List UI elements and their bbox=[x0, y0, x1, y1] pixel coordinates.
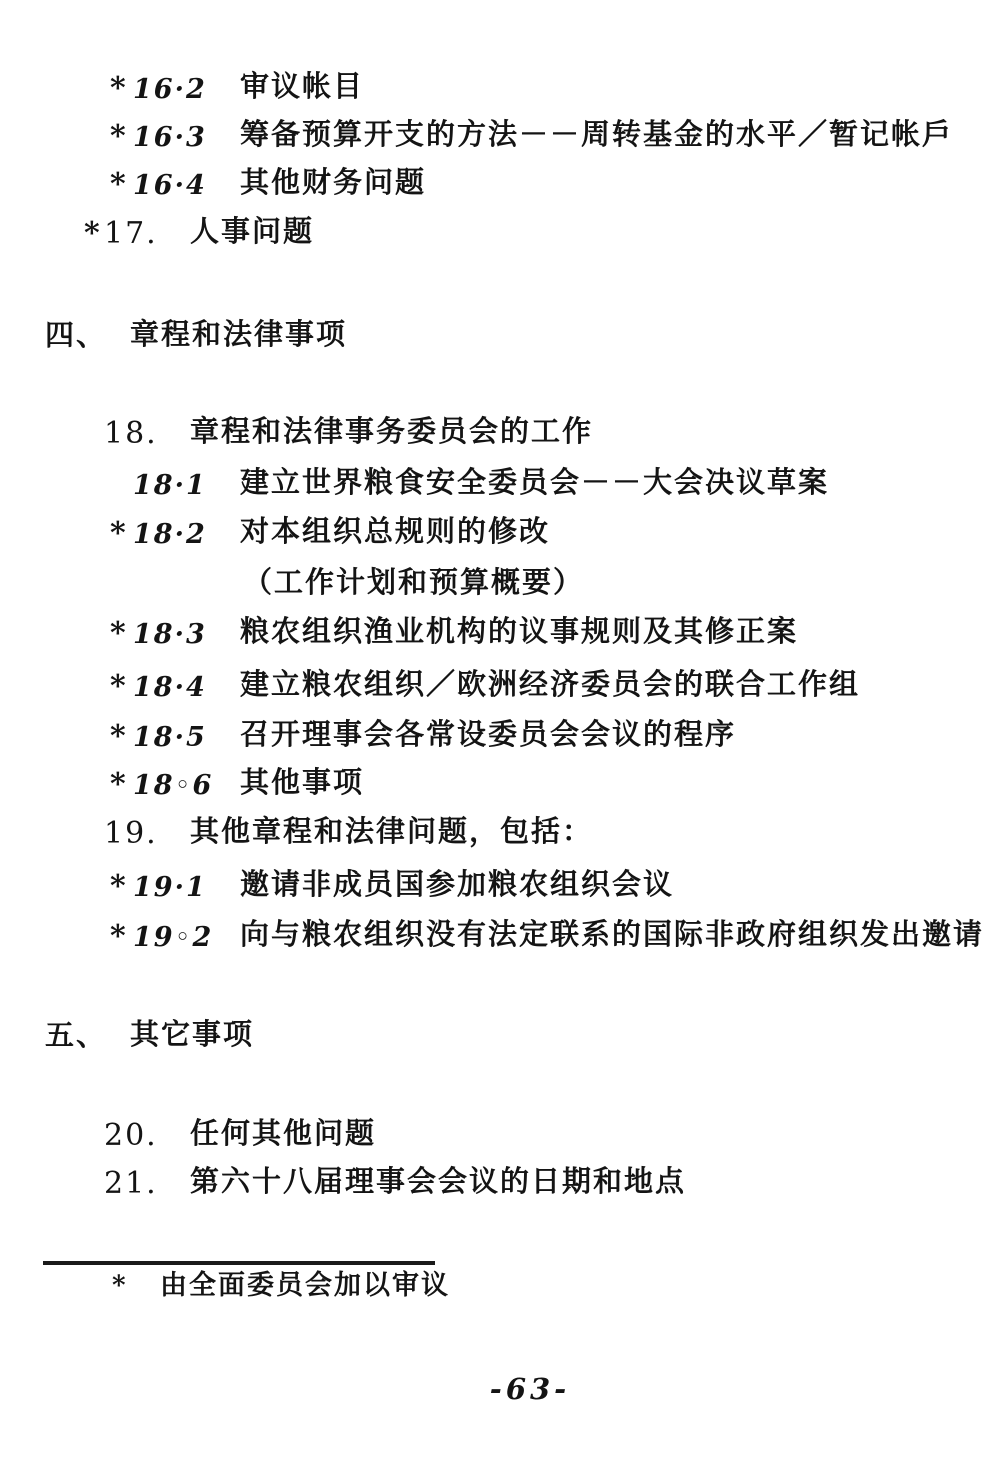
agenda-item-text: 向与粮农组织没有法定联系的国际非政府组织发出邀请 bbox=[240, 920, 984, 952]
agenda-item-text: 邀请非成员国参加粮农组织会议 bbox=[240, 870, 674, 902]
section-heading-4: 四、 章程和法律事项 bbox=[0, 320, 1000, 360]
agenda-item-20: 20. 任何其他问题 bbox=[0, 1119, 1000, 1159]
section-number: 四、 bbox=[45, 320, 107, 352]
agenda-item-number: 16·4 bbox=[133, 171, 207, 201]
agenda-item-18-1: 18·1 建立世界粮食安全委员会－－大会决议草案 bbox=[0, 468, 1000, 508]
agenda-item-number: 19. bbox=[104, 817, 158, 850]
section-title: 章程和法律事项 bbox=[130, 320, 347, 352]
agenda-item-number: 16·2 bbox=[133, 75, 207, 105]
agenda-item-18-2: * 18·2 对本组织总规则的修改 bbox=[0, 517, 1000, 557]
agenda-item-19-2: * 19◦2 向与粮农组织没有法定联系的国际非政府组织发出邀请 bbox=[0, 920, 1000, 960]
agenda-item-18-5: * 18·5 召开理事会各常设委员会会议的程序 bbox=[0, 720, 1000, 760]
agenda-item-text: 其他事项 bbox=[240, 768, 364, 800]
agenda-item-text: 审议帐目 bbox=[240, 72, 364, 104]
asterisk-marker: * bbox=[110, 922, 126, 952]
agenda-item-16-4: * 16·4 其他财务问题 bbox=[0, 168, 1000, 208]
agenda-item-text: 人事问题 bbox=[190, 217, 314, 249]
agenda-item-text: 任何其他问题 bbox=[190, 1119, 376, 1151]
agenda-item-number: 18·5 bbox=[133, 723, 207, 753]
agenda-item-number: 19◦2 bbox=[133, 923, 213, 953]
agenda-item-16-2: * 16·2 审议帐目 bbox=[0, 72, 1000, 112]
agenda-item-18-4: * 18·4 建立粮农组织／欧洲经济委员会的联合工作组 bbox=[0, 670, 1000, 710]
agenda-item-number: 21. bbox=[104, 1167, 158, 1200]
footnote-text: 由全面委员会加以审议 bbox=[160, 1271, 450, 1301]
document-page: * 16·2 审议帐目 * 16·3 筹备预算开支的方法－－周转基金的水平／暂记… bbox=[0, 0, 1000, 1469]
agenda-item-18-2-subtitle: （工作计划和预算概要） bbox=[0, 568, 1000, 608]
agenda-item-number: 20. bbox=[104, 1119, 158, 1152]
asterisk-marker: * bbox=[84, 219, 100, 249]
agenda-item-number: 17. bbox=[104, 217, 158, 250]
agenda-item-text: 建立粮农组织／欧洲经济委员会的联合工作组 bbox=[240, 670, 860, 702]
agenda-item-text: 筹备预算开支的方法－－周转基金的水平／暂记帐戶 bbox=[240, 120, 953, 152]
agenda-item-17: * 17. 人事问题 bbox=[0, 217, 1000, 257]
agenda-item-18: 18. 章程和法律事务委员会的工作 bbox=[0, 417, 1000, 457]
agenda-item-number: 18. bbox=[104, 417, 158, 450]
agenda-item-18-3: * 18·3 粮农组织渔业机构的议事规则及其修正案 bbox=[0, 617, 1000, 657]
asterisk-marker: * bbox=[112, 1273, 126, 1299]
agenda-item-number: 18·2 bbox=[133, 520, 207, 550]
agenda-item-number: 18·3 bbox=[133, 620, 207, 650]
asterisk-marker: * bbox=[110, 170, 126, 200]
asterisk-marker: * bbox=[110, 722, 126, 752]
footnote: * 由全面委员会加以审议 bbox=[0, 1271, 1000, 1311]
agenda-item-number: 18·4 bbox=[133, 673, 207, 703]
agenda-item-number: 18·1 bbox=[133, 471, 207, 501]
asterisk-marker: * bbox=[110, 519, 126, 549]
agenda-item-19-1: * 19·1 邀请非成员国参加粮农组织会议 bbox=[0, 870, 1000, 910]
agenda-item-text: 建立世界粮食安全委员会－－大会决议草案 bbox=[240, 468, 829, 500]
agenda-item-text: 对本组织总规则的修改 bbox=[240, 517, 550, 549]
agenda-item-19: 19. 其他章程和法律问题，包括： bbox=[0, 817, 1000, 857]
agenda-item-text: 第六十八届理事会会议的日期和地点 bbox=[190, 1167, 686, 1199]
section-title: 其它事项 bbox=[130, 1020, 254, 1052]
asterisk-marker: * bbox=[110, 74, 126, 104]
agenda-item-number: 19·1 bbox=[133, 873, 207, 903]
page-number: -63- bbox=[430, 1372, 630, 1406]
asterisk-marker: * bbox=[110, 122, 126, 152]
agenda-item-text: （工作计划和预算概要） bbox=[243, 568, 584, 600]
footnote-separator-rule bbox=[43, 1261, 435, 1265]
agenda-item-21: 21. 第六十八届理事会会议的日期和地点 bbox=[0, 1167, 1000, 1207]
agenda-item-text: 召开理事会各常设委员会会议的程序 bbox=[240, 720, 736, 752]
asterisk-marker: * bbox=[110, 672, 126, 702]
agenda-item-number: 16·3 bbox=[133, 123, 207, 153]
agenda-item-number: 18◦6 bbox=[133, 771, 213, 801]
agenda-item-text: 其他章程和法律问题，包括： bbox=[190, 817, 593, 849]
agenda-item-text: 章程和法律事务委员会的工作 bbox=[190, 417, 593, 449]
agenda-item-text: 粮农组织渔业机构的议事规则及其修正案 bbox=[240, 617, 798, 649]
section-heading-5: 五、 其它事项 bbox=[0, 1020, 1000, 1060]
asterisk-marker: * bbox=[110, 770, 126, 800]
agenda-item-16-3: * 16·3 筹备预算开支的方法－－周转基金的水平／暂记帐戶 bbox=[0, 120, 1000, 160]
asterisk-marker: * bbox=[110, 619, 126, 649]
asterisk-marker: * bbox=[110, 872, 126, 902]
agenda-item-18-6: * 18◦6 其他事项 bbox=[0, 768, 1000, 808]
agenda-item-text: 其他财务问题 bbox=[240, 168, 426, 200]
section-number: 五、 bbox=[45, 1020, 107, 1052]
